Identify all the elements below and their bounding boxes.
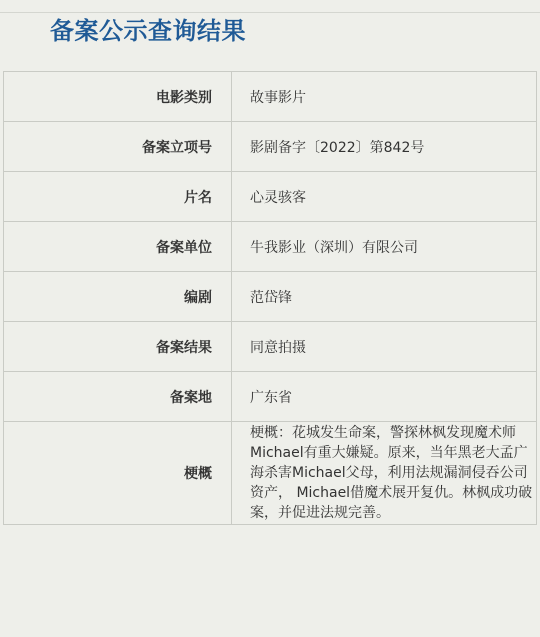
row-value-filing-company: 牛我影业（深圳）有限公司: [232, 222, 537, 272]
row-label-screenwriter: 编剧: [4, 272, 232, 322]
row-value-filing-location: 广东省: [232, 372, 537, 422]
table-row: 备案地 广东省: [4, 372, 537, 422]
row-value-filing-result: 同意拍摄: [232, 322, 537, 372]
table-row: 片名 心灵骇客: [4, 172, 537, 222]
table-row: 梗概 梗概：花城发生命案，警探林枫发现魔术师Michael有重大嫌疑。原来，当年…: [4, 422, 537, 525]
table-row: 备案立项号 影剧备字〔2022〕第842号: [4, 122, 537, 172]
row-label-filing-result: 备案结果: [4, 322, 232, 372]
table-row: 电影类别 故事影片: [4, 72, 537, 122]
row-label-filing-company: 备案单位: [4, 222, 232, 272]
row-label-synopsis: 梗概: [4, 422, 232, 525]
table-row: 备案单位 牛我影业（深圳）有限公司: [4, 222, 537, 272]
top-divider: [0, 12, 540, 13]
row-label-film-category: 电影类别: [4, 72, 232, 122]
row-label-filing-location: 备案地: [4, 372, 232, 422]
row-value-screenwriter: 范岱锋: [232, 272, 537, 322]
row-label-filing-number: 备案立项号: [4, 122, 232, 172]
table-row: 编剧 范岱锋: [4, 272, 537, 322]
table-row: 备案结果 同意拍摄: [4, 322, 537, 372]
row-value-title: 心灵骇客: [232, 172, 537, 222]
row-label-title: 片名: [4, 172, 232, 222]
row-value-filing-number: 影剧备字〔2022〕第842号: [232, 122, 537, 172]
row-value-film-category: 故事影片: [232, 72, 537, 122]
filing-result-table: 电影类别 故事影片 备案立项号 影剧备字〔2022〕第842号 片名 心灵骇客 …: [3, 71, 537, 525]
page-title: 备案公示查询结果: [50, 14, 246, 48]
row-value-synopsis: 梗概：花城发生命案，警探林枫发现魔术师Michael有重大嫌疑。原来，当年黑老大…: [232, 422, 537, 525]
